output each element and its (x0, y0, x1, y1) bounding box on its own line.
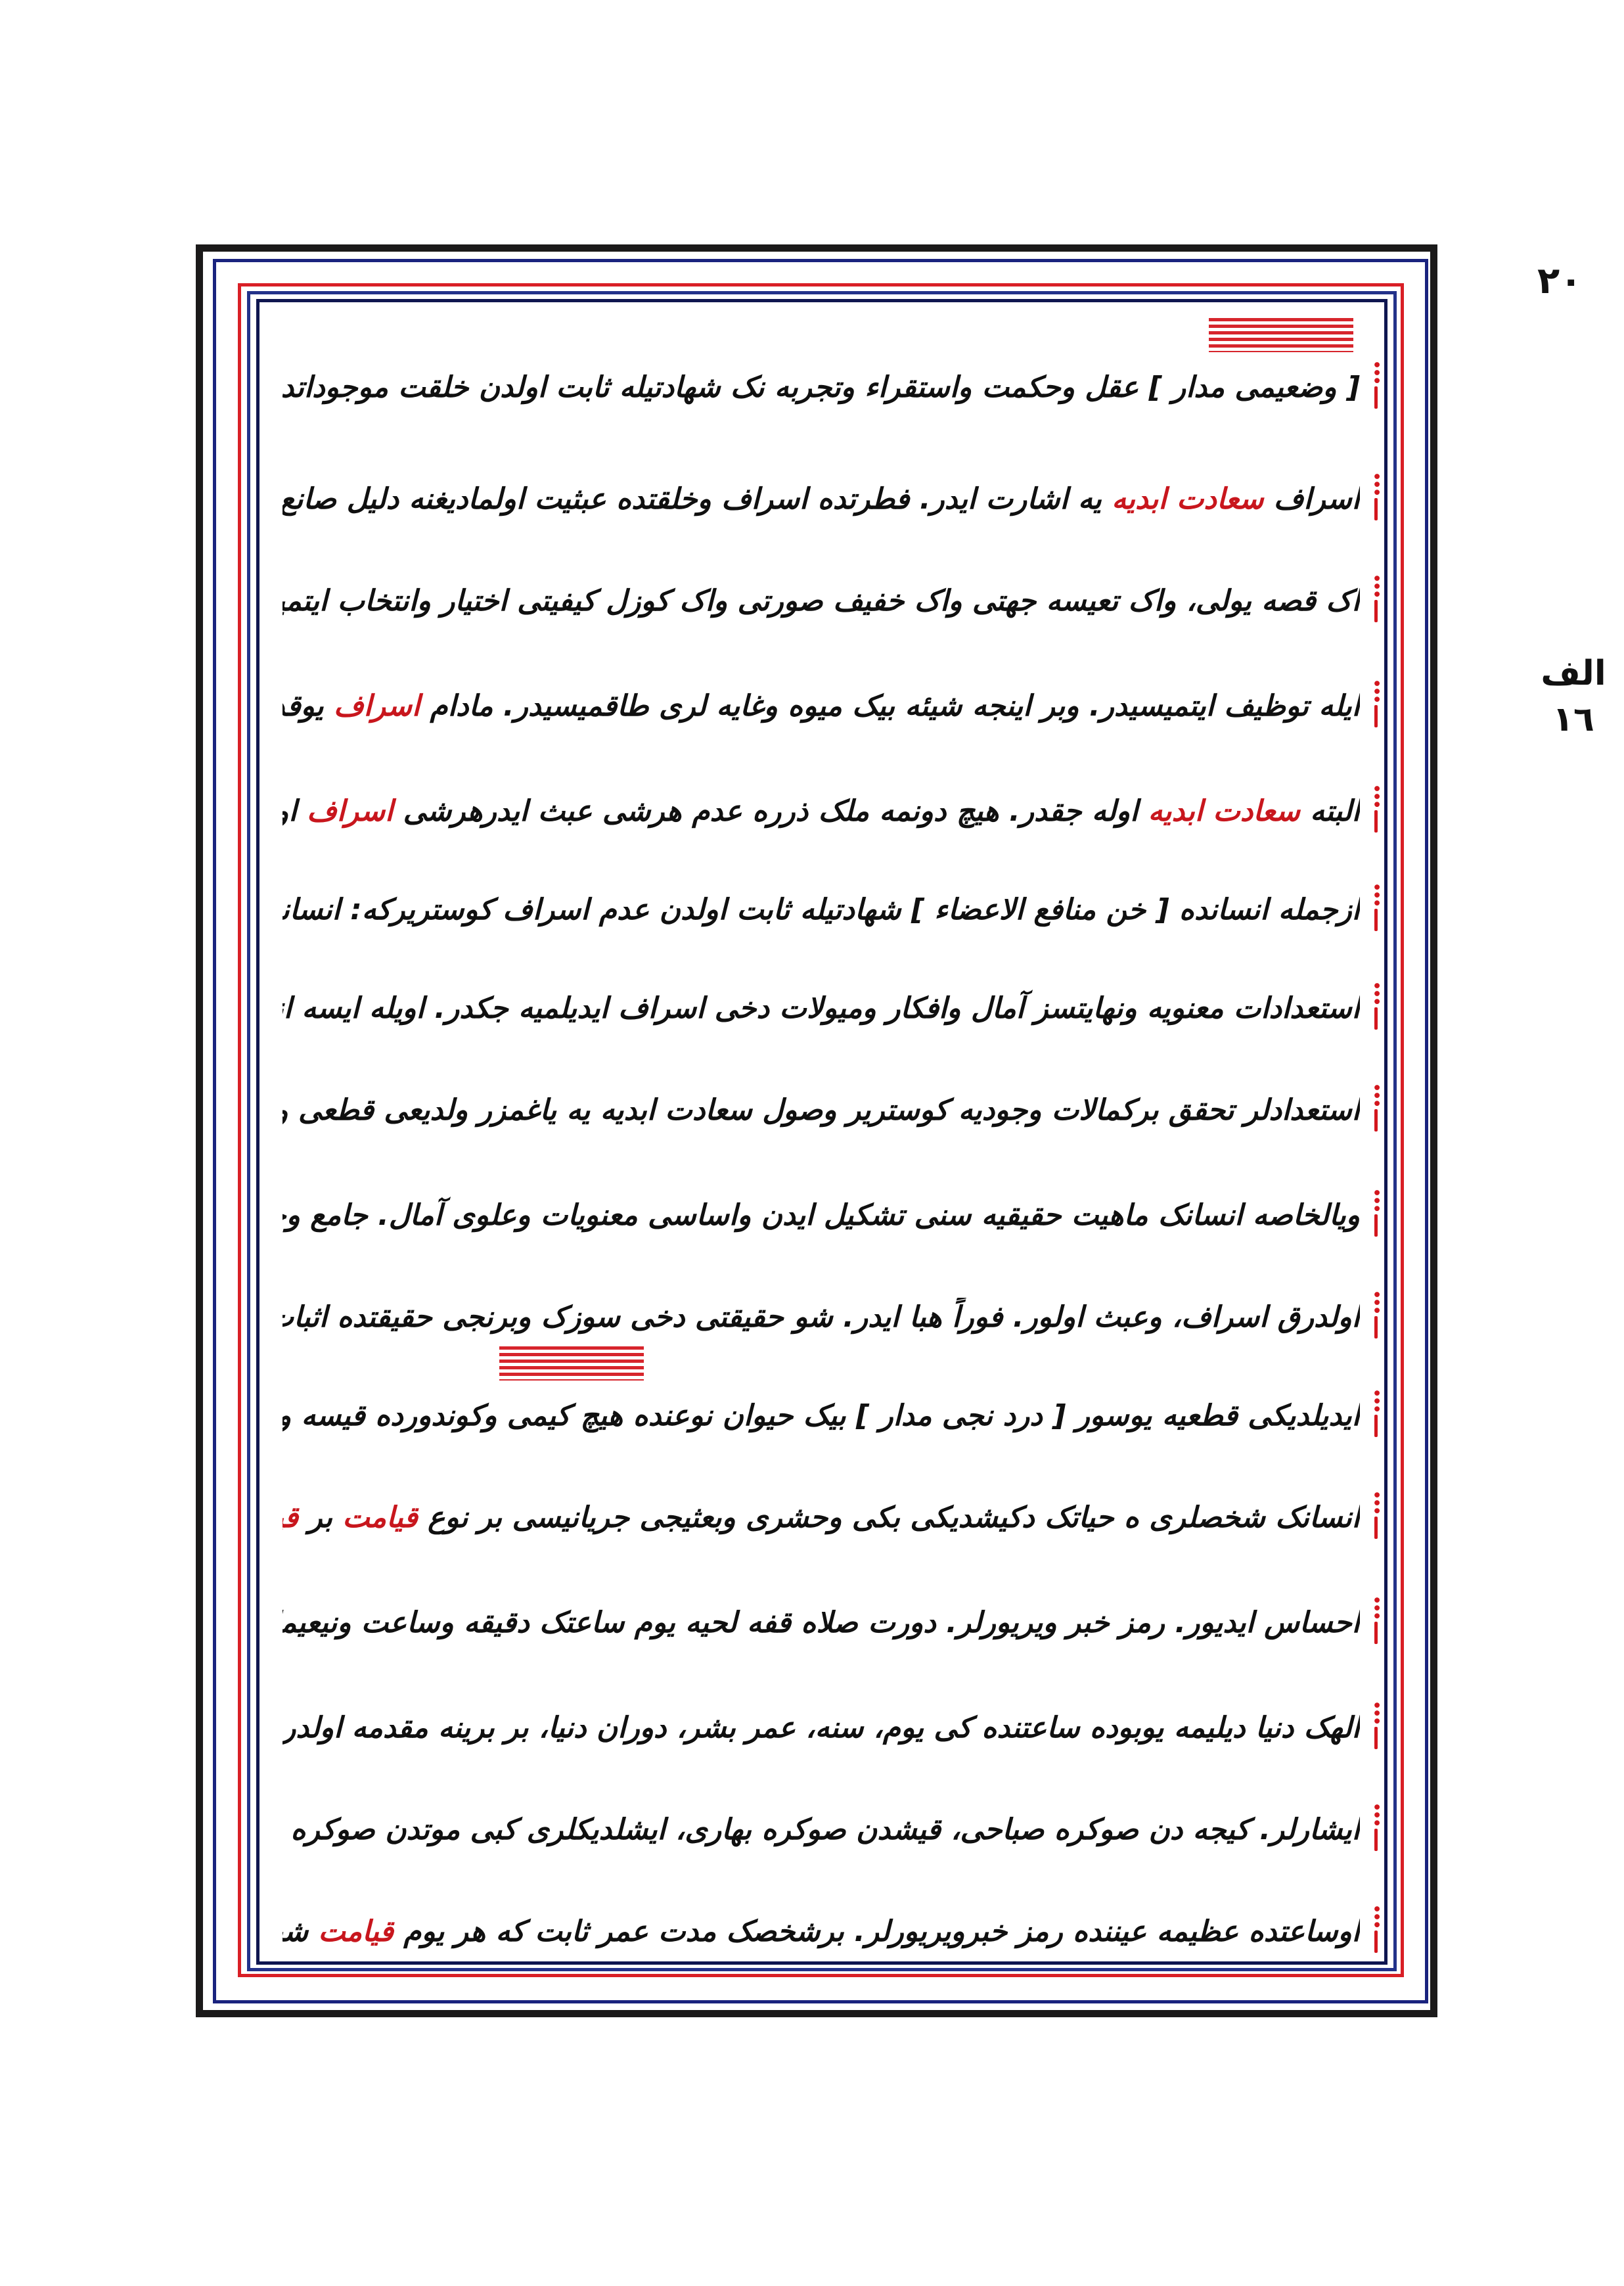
line-text: انسانک شخصلری ه حیاتک دکیشدیکی بکی وحشری… (282, 1498, 1360, 1538)
manuscript-line: •••ایشارلر. کیجه دن صوکره صباحی، قیشدن ص… (282, 1797, 1380, 1856)
manuscript-line: •••ویالخاصه انسانک ماهیت حقیقیه سنی تشکی… (282, 1183, 1380, 1242)
manuscript-line: •••الهک دنیا دیلیمه یوبوده ساعتنده کی یو… (282, 1695, 1380, 1754)
manuscript-line: •••ایله توظیف ایتمیسیدر. وبر اینجه شیئه … (282, 674, 1380, 733)
line-text: ایله توظیف ایتمیسیدر. وبر اینجه شیئه بیک… (282, 687, 1360, 726)
text-segment: اوساعتده عظیمه عیننده رمز خبرویریورلر. ب… (394, 1915, 1360, 1948)
manuscript-line: •••اسراف سعادت ابدیهﻬﻬﻬ یه اشارت ایدر. ف… (282, 467, 1380, 526)
line-text: استعدادلر تحقق برکمالات وجودیه کوستریر و… (282, 1091, 1360, 1130)
red-heading-underline-ornament (1209, 318, 1353, 352)
text-segment: یوقدر و (282, 689, 334, 723)
line-start-marker-icon: ••• (1370, 971, 1381, 1030)
text-segment: الهک دنیا دیلیمه یوبوده ساعتنده کی یوم، … (282, 1711, 1360, 1745)
manuscript-line: •••استعدادلر تحقق برکمالات وجودیه کوستری… (282, 1078, 1380, 1137)
line-text: اوساعتده عظیمه عیننده رمز خبرویریورلر. ب… (282, 1912, 1360, 1952)
line-start-marker-icon: ••• (1370, 1378, 1381, 1437)
line-text: [ وضعیمی مدار ] عقل وحکمت واستقراء وتجرب… (282, 368, 1360, 407)
line-text: ازجمله انسانده [ خن منافع الاعضاء ] شهاد… (282, 890, 1360, 930)
manuscript-line: •••البته سعادت ابدیهﻬﻬﻬ اوله جقدر. هیچ د… (282, 779, 1380, 838)
line-text: اک قصه یولی، واک تعیسه جهتی واک خفیف صور… (282, 582, 1360, 621)
highlighted-term: اسرافﻌﻌﻌ (307, 794, 393, 828)
text-segment: اوله جقدر. هیچ دونمه ملک ذرره عدم هرشی ع… (393, 794, 1148, 828)
margin-note-line-2: ١٦ (1534, 697, 1613, 743)
line-text: استعدادات معنویه ونهایتسز آمال وافکار وم… (282, 989, 1360, 1028)
line-start-marker-icon: ••• (1370, 872, 1381, 931)
text-segment: انسانک شخصلری ه حیاتک دکیشدیکی بکی وحشری… (418, 1501, 1360, 1534)
line-start-marker-icon: ••• (1370, 461, 1381, 520)
highlighted-term: قیامتﻬﻬﻬ (318, 1915, 394, 1948)
line-start-marker-icon: ••• (1370, 1585, 1381, 1644)
line-start-marker-icon: ••• (1370, 773, 1381, 833)
highlighted-term: سعادت ابدیهﻬﻬﻬ (1148, 794, 1300, 828)
line-start-marker-icon: ••• (1370, 1177, 1381, 1237)
manuscript-line: •••ازجمله انسانده [ خن منافع الاعضاء ] ش… (282, 877, 1380, 936)
line-text: ایشارلر. کیجه دن صوکره صباحی، قیشدن صوکر… (282, 1810, 1360, 1850)
text-segment: ] شهادتیله ثابت اولدن عدم اسراف کوستریرک… (282, 893, 934, 926)
text-segment: یه اشارت ایدر. فطرتده اسراف وخلقتده عبثی… (282, 482, 1112, 516)
text-segment: بر (298, 1501, 342, 1534)
line-text: ایدیلدیکی قطعیه یوسور [ درد نجی مدار ] ب… (282, 1396, 1360, 1436)
line-start-marker-icon: ••• (1370, 668, 1381, 727)
line-start-marker-icon: ••• (1370, 1894, 1381, 1953)
text-segment: ایدیلدیکی قطعیه یوسور [ (1043, 1399, 1360, 1432)
text-segment: ] عقل وحکمت واستقراء وتجربه نک شهادتیله … (282, 371, 1172, 404)
text-segment: اولدرق اسراف، وعبث اولور. فوراً هبا ایدر… (282, 1300, 1360, 1334)
line-text: الهک دنیا دیلیمه یوبوده ساعتنده کی یوم، … (282, 1708, 1360, 1748)
manuscript-line: •••انسانک شخصلری ه حیاتک دکیشدیکی بکی وح… (282, 1485, 1380, 1544)
highlighted-term: قیامتﻬﻬﻬ (282, 1501, 298, 1534)
manuscript-text-block: •••[ وضعیمی مدار ] عقل وحکمت واستقراء وت… (282, 315, 1380, 1958)
text-segment: شبیهلری وادر. بیکلرجه بر نوع (282, 1915, 318, 1948)
manuscript-line: •••[ وضعیمی مدار ] عقل وحکمت واستقراء وت… (282, 355, 1380, 414)
highlighted-term: اسرافﻌﻌﻌ (334, 689, 420, 723)
manuscript-line: •••اولدرق اسراف، وعبث اولور. فوراً هبا ا… (282, 1285, 1380, 1344)
text-segment: ایله توظیف ایتمیسیدر. وبر اینجه شیئه بیک… (420, 689, 1360, 723)
text-segment: خن منافع الاعضاء (934, 893, 1146, 926)
text-segment: ] بیک حیوان نوعنده هیچ کیمی وکوندورده قی… (282, 1399, 879, 1432)
manuscript-line: •••ایدیلدیکی قطعیه یوسور [ درد نجی مدار … (282, 1383, 1380, 1442)
text-segment: ویالخاصه انسانک ماهیت حقیقیه سنی تشکیل ا… (282, 1199, 1360, 1232)
highlighted-term: سعادت ابدیهﻬﻬﻬ (1112, 482, 1263, 516)
line-text: احساس ایدیور. رمز خبر ویریورلر. دورت صلا… (282, 1603, 1360, 1643)
text-segment: اولور. عموم فطرنده (282, 794, 307, 828)
page-number: ٢٠ (1537, 260, 1582, 302)
line-start-marker-icon: ••• (1370, 1480, 1381, 1539)
text-segment: ایشارلر. کیجه دن صوکره صباحی، قیشدن صوکر… (282, 1813, 1360, 1846)
margin-note-line-1: الف (1534, 651, 1613, 697)
line-start-marker-icon: ••• (1370, 1072, 1381, 1132)
text-segment: وضعیمی مدار (1172, 371, 1337, 404)
manuscript-line: •••اک قصه یولی، واک تعیسه جهتی واک خفیف … (282, 568, 1380, 628)
text-segment: ازجمله انسانده [ (1146, 893, 1360, 926)
line-text: اسراف سعادت ابدیهﻬﻬﻬ یه اشارت ایدر. فطرت… (282, 480, 1360, 519)
line-start-marker-icon: ••• (1370, 1792, 1381, 1851)
text-segment: البته (1300, 794, 1360, 828)
manuscript-line: •••احساس ایدیور. رمز خبر ویریورلر. دورت … (282, 1590, 1380, 1649)
text-segment: اک قصه یولی، واک تعیسه جهتی واک خفیف صور… (282, 584, 1360, 618)
text-segment: اسراف (1263, 482, 1360, 516)
text-segment: استعدادلر تحقق برکمالات وجودیه کوستریر و… (282, 1093, 1360, 1127)
line-start-marker-icon: ••• (1370, 1690, 1381, 1749)
text-segment: [ (1337, 371, 1360, 404)
manuscript-line: •••استعدادات معنویه ونهایتسز آمال وافکار… (282, 976, 1380, 1035)
margin-note: الف ١٦ (1534, 651, 1613, 743)
line-start-marker-icon: ••• (1370, 350, 1381, 409)
text-segment: درد نجی مدار (879, 1399, 1043, 1432)
line-text: ویالخاصه انسانک ماهیت حقیقیه سنی تشکیل ا… (282, 1196, 1360, 1235)
line-start-marker-icon: ••• (1370, 563, 1381, 622)
line-start-marker-icon: ••• (1370, 1279, 1381, 1338)
red-heading-underline-ornament (499, 1346, 644, 1381)
line-text: اولدرق اسراف، وعبث اولور. فوراً هبا ایدر… (282, 1298, 1360, 1337)
highlighted-term: قیامتﻬﻬﻬ (342, 1501, 418, 1534)
text-segment: احساس ایدیور. رمز خبر ویریورلر. دورت صلا… (282, 1606, 1360, 1639)
line-text: البته سعادت ابدیهﻬﻬﻬ اوله جقدر. هیچ دونم… (282, 792, 1360, 831)
text-segment: استعدادات معنویه ونهایتسز آمال وافکار وم… (282, 992, 1360, 1025)
manuscript-line: •••اوساعتده عظیمه عیننده رمز خبرویریورلر… (282, 1899, 1380, 1958)
